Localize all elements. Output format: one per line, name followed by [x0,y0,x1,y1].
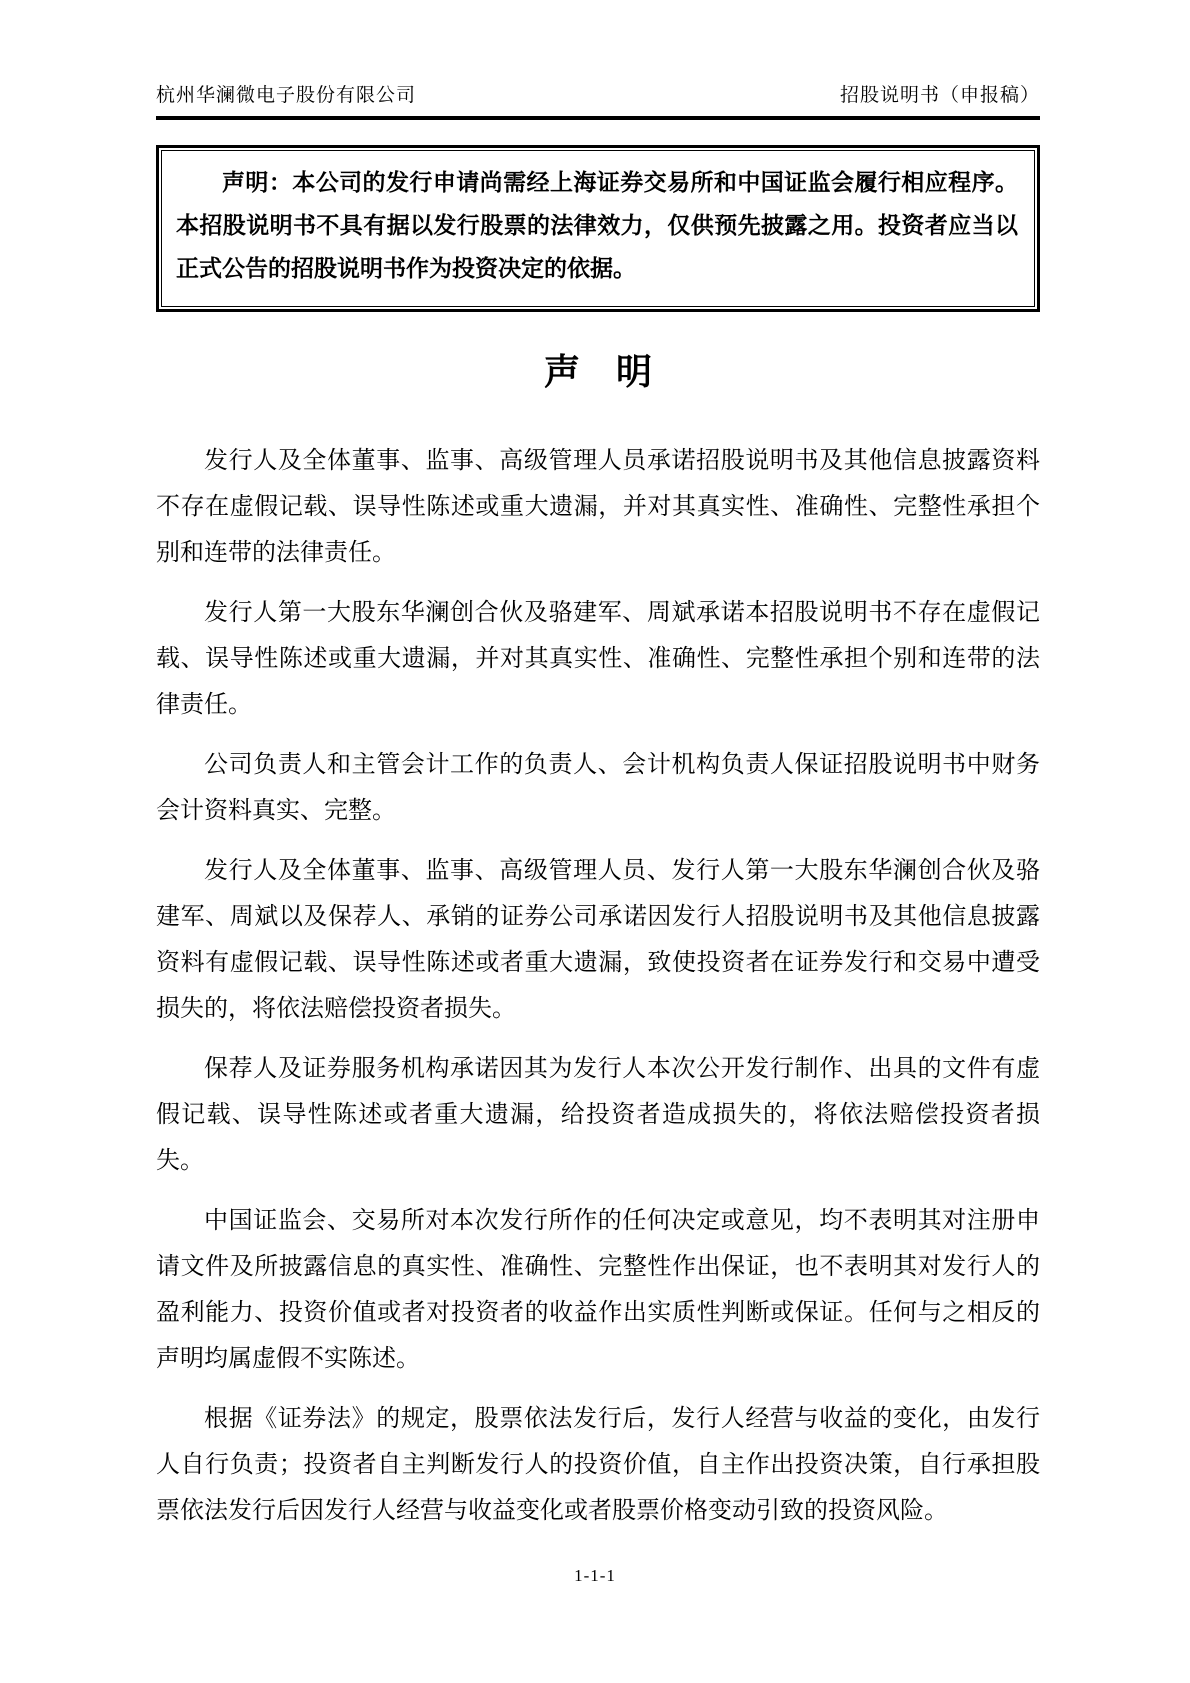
document-page: 杭州华澜微电子股份有限公司 招股说明书（申报稿） 声明：本公司的发行申请尚需经上… [0,0,1190,1683]
notice-text: 声明：本公司的发行申请尚需经上海证券交易所和中国证监会履行相应程序。本招股说明书… [176,161,1018,290]
paragraph: 公司负责人和主管会计工作的负责人、会计机构负责人保证招股说明书中财务会计资料真实… [156,742,1040,834]
page-header: 杭州华澜微电子股份有限公司 招股说明书（申报稿） [156,0,1040,120]
paragraph: 发行人及全体董事、监事、高级管理人员承诺招股说明书及其他信息披露资料不存在虚假记… [156,438,1040,576]
declaration-body: 发行人及全体董事、监事、高级管理人员承诺招股说明书及其他信息披露资料不存在虚假记… [156,438,1040,1534]
page-number: 1-1-1 [0,1566,1190,1586]
header-company-name: 杭州华澜微电子股份有限公司 [156,80,416,107]
paragraph: 根据《证券法》的规定，股票依法发行后，发行人经营与收益的变化，由发行人自行负责；… [156,1396,1040,1534]
paragraph: 发行人第一大股东华澜创合伙及骆建军、周斌承诺本招股说明书不存在虚假记载、误导性陈… [156,590,1040,728]
page-content: 杭州华澜微电子股份有限公司 招股说明书（申报稿） 声明：本公司的发行申请尚需经上… [156,0,1040,1534]
paragraph: 中国证监会、交易所对本次发行所作的任何决定或意见，均不表明其对注册申请文件及所披… [156,1198,1040,1382]
paragraph: 发行人及全体董事、监事、高级管理人员、发行人第一大股东华澜创合伙及骆建军、周斌以… [156,848,1040,1032]
header-doc-type: 招股说明书（申报稿） [840,80,1040,107]
page-title: 声 明 [156,350,1040,394]
notice-box: 声明：本公司的发行申请尚需经上海证券交易所和中国证监会履行相应程序。本招股说明书… [156,145,1040,312]
paragraph: 保荐人及证券服务机构承诺因其为发行人本次公开发行制作、出具的文件有虚假记载、误导… [156,1046,1040,1184]
notice-box-inner: 声明：本公司的发行申请尚需经上海证券交易所和中国证监会履行相应程序。本招股说明书… [161,150,1035,307]
